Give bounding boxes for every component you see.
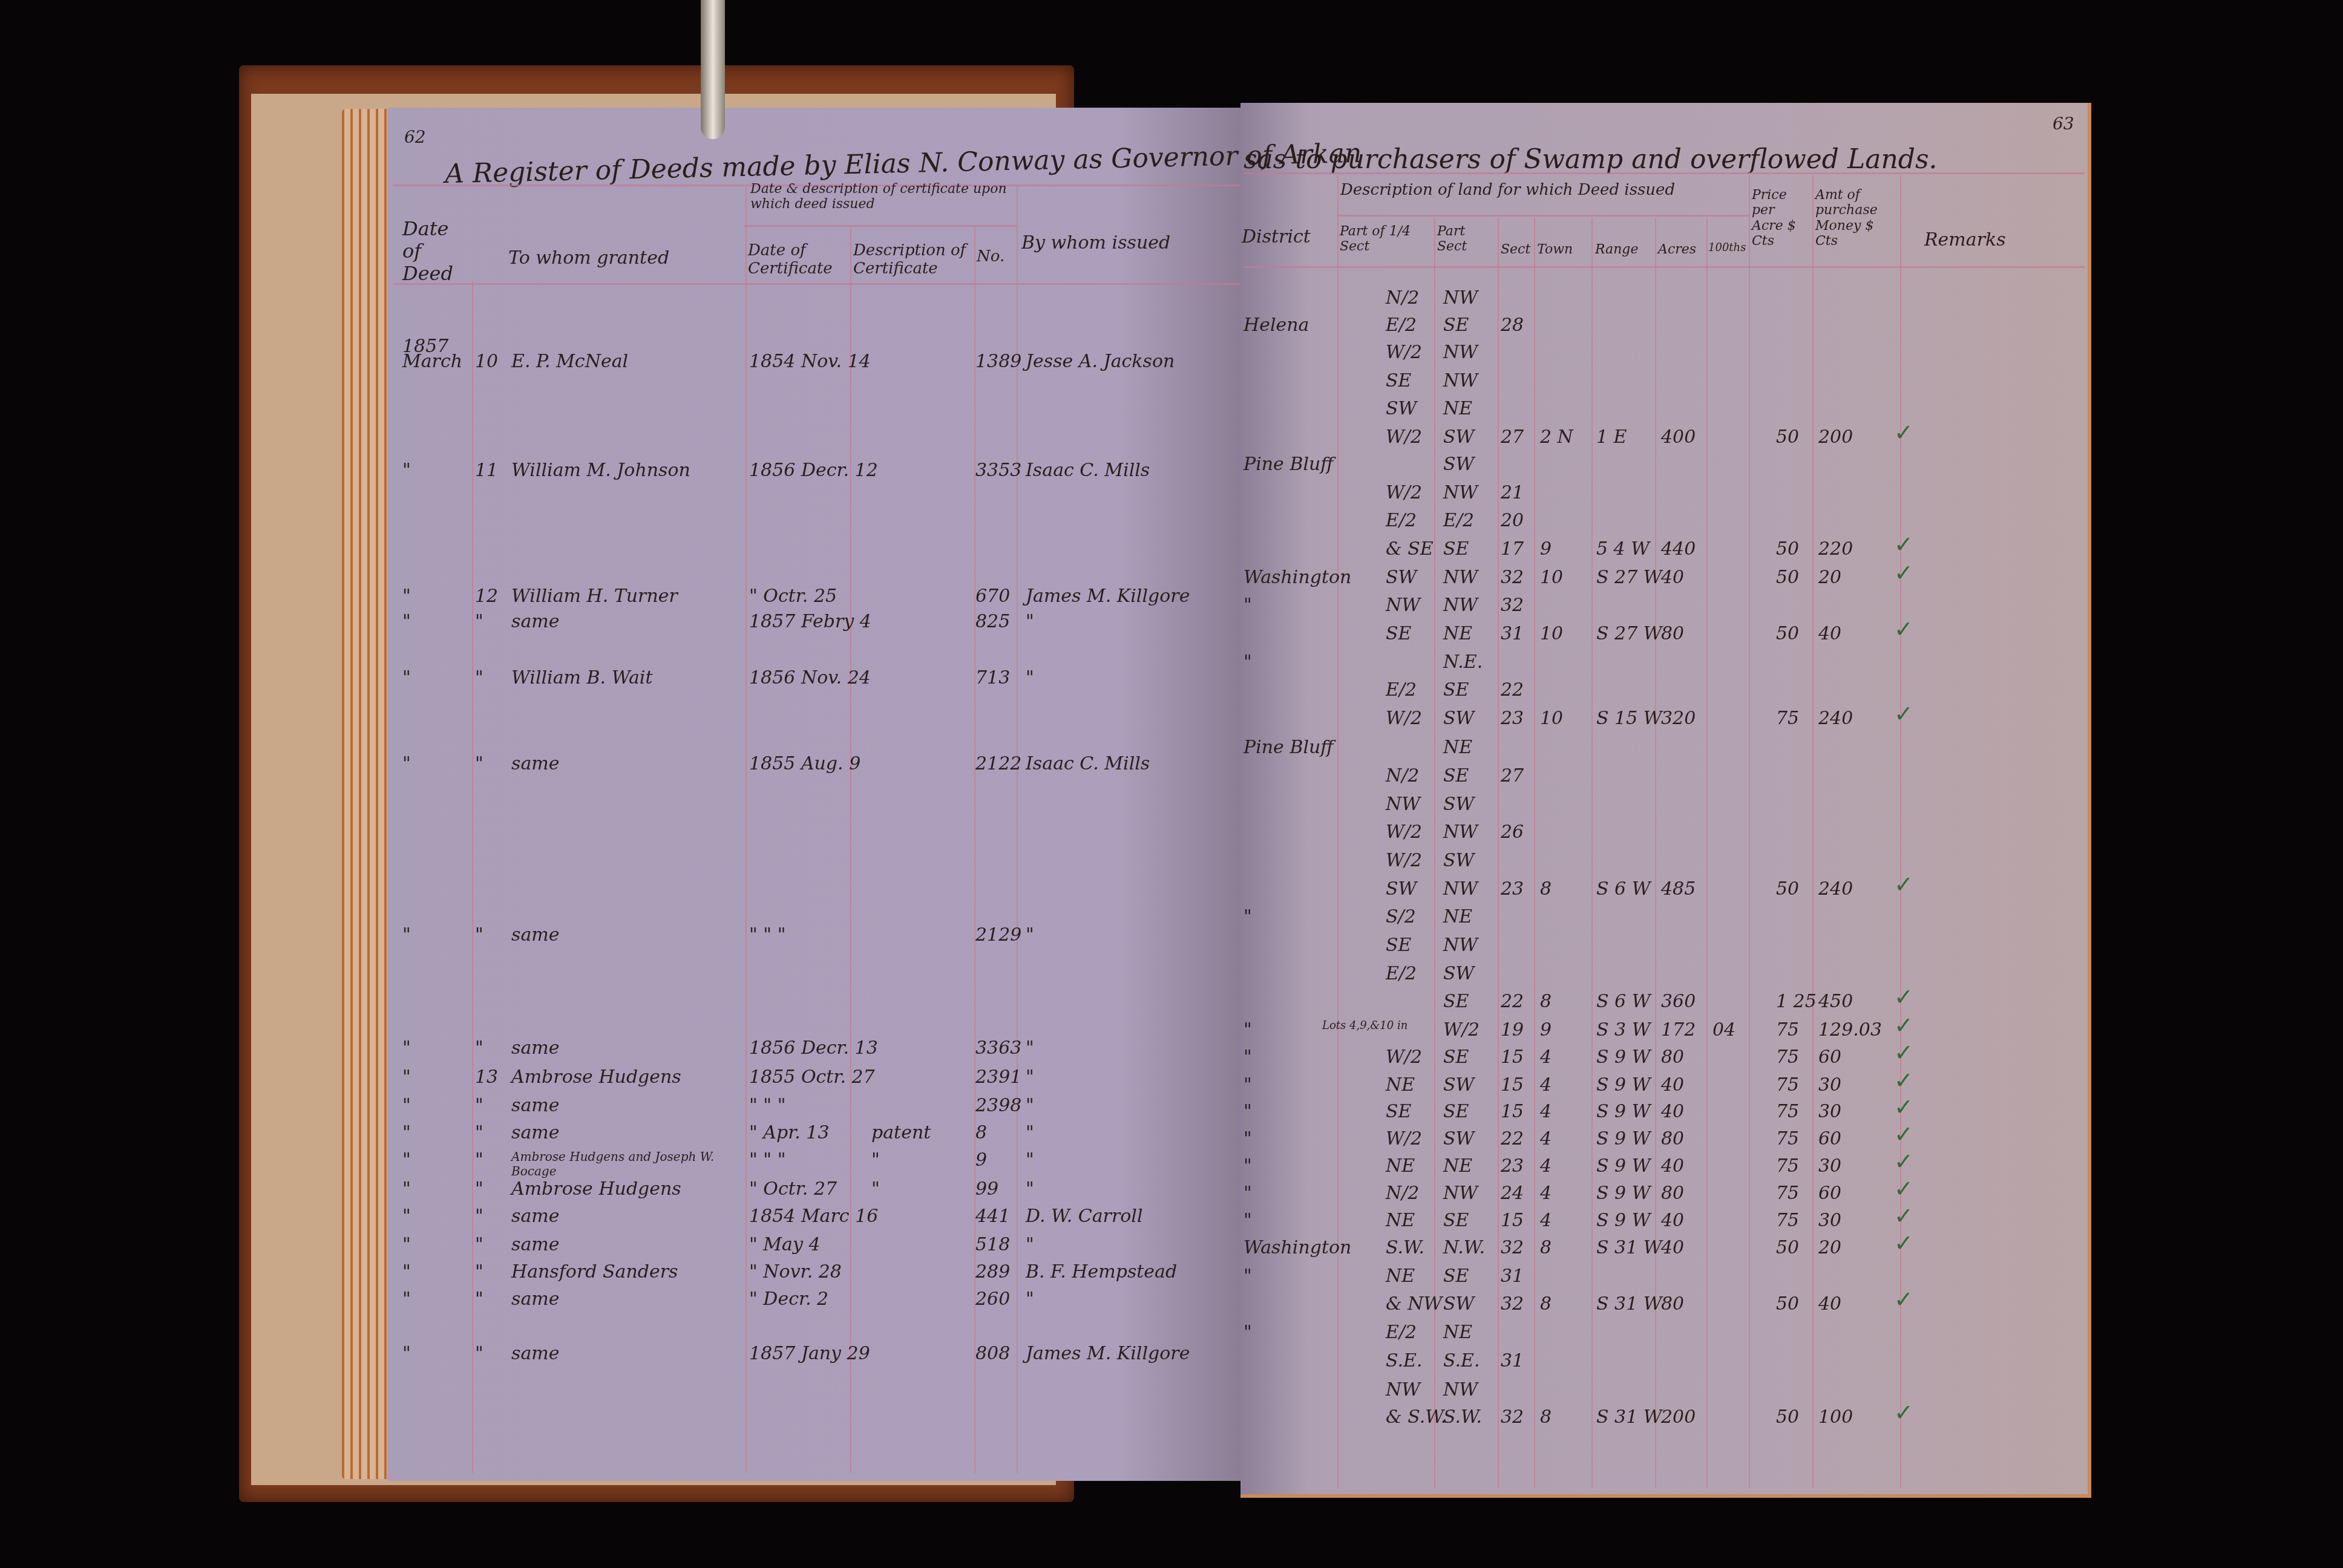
deed-date-day: " (475, 1261, 483, 1282)
certificate-date: 1856 Decr. 12 (749, 460, 878, 481)
deed-date-day: " (475, 1206, 483, 1227)
part-of-quarter-section: NW (1386, 794, 1420, 815)
deed-date-day: " (475, 1234, 483, 1255)
grantee-name: same (511, 1234, 559, 1255)
part-section: SW (1443, 850, 1474, 871)
part-of-quarter-section: W/2 (1386, 342, 1422, 363)
deed-date-month: " (402, 1095, 411, 1116)
deed-date-month: " (402, 1149, 411, 1171)
header-section: Sect (1501, 242, 1530, 257)
part-section: SE (1443, 1210, 1469, 1231)
township: 9 (1540, 538, 1552, 560)
part-of-quarter-section: SW (1386, 878, 1417, 900)
price-per-acre: 50 (1776, 1237, 1799, 1258)
section: 17 (1501, 538, 1524, 560)
part-of-quarter-section: & S.W. (1386, 1406, 1446, 1428)
district: " (1244, 652, 1252, 673)
certificate-date: 1857 Febry 4 (749, 611, 871, 632)
part-section: NE (1443, 623, 1472, 644)
certificate-date: " " " (749, 1149, 785, 1171)
certificate-number: 99 (975, 1178, 998, 1200)
deed-date-month: " (402, 924, 411, 946)
part-section: SW (1443, 708, 1474, 729)
section: 31 (1501, 1350, 1524, 1371)
grantee-name: same (511, 1289, 559, 1310)
section: 23 (1501, 878, 1524, 900)
range: S 9 W (1596, 1210, 1651, 1231)
certificate-date: 1855 Aug. 9 (749, 753, 860, 774)
section: 23 (1501, 1155, 1524, 1177)
deed-date-month: " (402, 1178, 411, 1200)
part-section: NE (1443, 398, 1472, 419)
part-of-quarter-section: NE (1386, 1210, 1415, 1231)
certificate-description: " (871, 1178, 880, 1200)
part-section: S.W. (1443, 1406, 1482, 1428)
district: " (1244, 1101, 1252, 1122)
deed-date-month: " (402, 586, 411, 607)
issuing-officer: Isaac C. Mills (1026, 753, 1150, 774)
ruling-line (744, 225, 1017, 227)
part-section: S.E. (1443, 1350, 1480, 1371)
range: S 31 W (1596, 1406, 1662, 1428)
column-divider (472, 281, 473, 1473)
acres: 80 (1661, 1128, 1684, 1149)
certificate-date: " " " (749, 1095, 785, 1116)
purchase-money: 240 (1818, 878, 1853, 900)
grantee-name: Ambrose Hudgens (511, 1067, 681, 1088)
certificate-date: " Octr. 25 (749, 586, 837, 607)
part-section: NW (1443, 1379, 1478, 1400)
deed-date-month: " (402, 1206, 411, 1227)
deed-date-month: " (402, 611, 411, 632)
checkmark-icon: ✓ (1894, 531, 1913, 558)
purchase-money: 450 (1818, 991, 1853, 1012)
range: S 15 W (1596, 708, 1662, 729)
part-section: NE (1443, 1322, 1472, 1343)
deed-date-day: " (475, 1178, 483, 1200)
acres: 80 (1661, 1047, 1684, 1068)
checkmark-icon: ✓ (1894, 871, 1913, 898)
deed-date-month: " (402, 1343, 411, 1364)
section: 22 (1501, 1128, 1524, 1149)
ruling-line (1244, 266, 2085, 268)
part-section: SW (1443, 963, 1474, 984)
acres: 360 (1661, 991, 1696, 1012)
grantee-name: Ambrose Hudgens (511, 1178, 681, 1200)
certificate-number: 2398 (975, 1095, 1021, 1116)
district: Pine Bluff (1244, 737, 1334, 758)
grantee-name: Hansford Sanders (511, 1261, 678, 1282)
grantee-name: same (511, 1095, 559, 1116)
part-of-quarter-section: W/2 (1386, 426, 1422, 448)
section: 20 (1501, 510, 1524, 531)
part-section: NE (1443, 1155, 1472, 1177)
deed-date-month: " (402, 753, 411, 774)
certificate-number: 8 (975, 1122, 987, 1143)
district: " (1244, 1322, 1252, 1343)
township: 4 (1540, 1210, 1552, 1231)
deed-date-day: " (475, 1122, 483, 1143)
deed-date-day: 13 (475, 1067, 498, 1088)
certificate-number: 1389 (975, 351, 1021, 372)
range: S 31 W (1596, 1293, 1662, 1315)
certificate-number: 808 (975, 1343, 1010, 1364)
part-of-quarter-section: E/2 (1386, 679, 1417, 701)
acres: 320 (1661, 708, 1696, 729)
district: " (1244, 1266, 1252, 1287)
issuing-officer: Isaac C. Mills (1026, 460, 1150, 481)
part-section: NE (1443, 737, 1472, 758)
part-section: SE (1443, 679, 1469, 701)
column-divider (1017, 185, 1018, 1473)
township: 8 (1540, 878, 1552, 900)
part-of-quarter-section: NE (1386, 1155, 1415, 1177)
part-of-quarter-section: W/2 (1386, 708, 1422, 729)
range: S 9 W (1596, 1047, 1651, 1068)
certificate-date: 1857 Jany 29 (749, 1343, 870, 1364)
range: S 27 W (1596, 567, 1662, 588)
township: 9 (1540, 1019, 1552, 1040)
checkmark-icon: ✓ (1894, 984, 1913, 1010)
section: 28 (1501, 315, 1524, 336)
range: S 6 W (1596, 878, 1651, 900)
certificate-number: 2129 (975, 924, 1021, 946)
part-of-quarter-section: & NW (1386, 1293, 1442, 1315)
part-of-quarter-section: SE (1386, 1101, 1411, 1122)
district: " (1244, 1155, 1252, 1177)
page-edges (342, 109, 390, 1479)
township: 4 (1540, 1101, 1552, 1122)
part-of-quarter-section: W/2 (1386, 1047, 1422, 1068)
header-certificate-group: Date & description of certificate upon w… (750, 181, 1017, 212)
issuing-officer: " (1026, 1178, 1034, 1200)
issuing-officer: " (1026, 1067, 1034, 1088)
part-of-quarter-section: N/2 (1386, 287, 1419, 309)
part-of-quarter-section: W/2 (1386, 1128, 1422, 1149)
district: " (1244, 906, 1252, 927)
range: S 27 W (1596, 623, 1662, 644)
certificate-number: 9 (975, 1149, 987, 1171)
column-divider (1498, 218, 1499, 1488)
part-section: SW (1443, 1074, 1474, 1096)
grantee-name: same (511, 924, 559, 946)
checkmark-icon: ✓ (1894, 701, 1913, 727)
right-page-number: 63 (2053, 114, 2074, 134)
part-section: SE (1443, 991, 1469, 1012)
part-section: SE (1443, 765, 1469, 786)
part-section: NW (1443, 370, 1478, 391)
deed-date-month: " (402, 1289, 411, 1310)
column-divider (1706, 218, 1708, 1488)
checkmark-icon: ✓ (1894, 1203, 1913, 1229)
part-section: NW (1443, 1183, 1478, 1204)
price-per-acre: 75 (1776, 1183, 1799, 1204)
part-section: NW (1443, 935, 1478, 956)
section: 22 (1501, 991, 1524, 1012)
purchase-money: 30 (1818, 1155, 1841, 1177)
acres: 40 (1661, 1101, 1684, 1122)
header-number: No. (977, 248, 1004, 266)
part-section: SE (1443, 1266, 1469, 1287)
issuing-officer: " (1026, 667, 1034, 688)
deed-date-day: " (475, 1289, 483, 1310)
township: 10 (1540, 567, 1563, 588)
price-per-acre: 50 (1776, 538, 1799, 560)
price-per-acre: 50 (1776, 878, 1799, 900)
part-of-quarter-section: W/2 (1386, 482, 1422, 503)
certificate-date: " Octr. 27 (749, 1178, 837, 1200)
part-section: NW (1443, 595, 1478, 616)
column-divider (745, 188, 747, 1473)
left-page-number: 62 (404, 127, 426, 147)
header-town: Town (1537, 242, 1573, 257)
deed-date-day: " (475, 1037, 483, 1059)
certificate-number: 260 (975, 1289, 1010, 1310)
part-section: NW (1443, 567, 1478, 588)
column-divider (1534, 218, 1535, 1488)
part-of-quarter-section: S/2 (1386, 906, 1416, 927)
acres: 485 (1661, 878, 1696, 900)
checkmark-icon: ✓ (1894, 1094, 1913, 1120)
section: 26 (1501, 822, 1524, 843)
part-section: NW (1443, 342, 1478, 363)
acres: 40 (1661, 1210, 1684, 1231)
part-section: NW (1443, 822, 1478, 843)
part-of-quarter-section: N/2 (1386, 765, 1419, 786)
checkmark-icon: ✓ (1894, 1286, 1913, 1313)
purchase-money: 240 (1818, 708, 1853, 729)
deed-date-month: " (402, 1261, 411, 1282)
price-per-acre: 75 (1776, 1101, 1799, 1122)
section: 22 (1501, 679, 1524, 701)
checkmark-icon: ✓ (1894, 560, 1913, 586)
acres: 440 (1661, 538, 1696, 560)
certificate-date: " May 4 (749, 1234, 821, 1255)
checkmark-icon: ✓ (1894, 1067, 1913, 1094)
part-of-quarter-section: Lots 4,9,&10 in (1322, 1019, 1407, 1032)
range: S 9 W (1596, 1074, 1651, 1096)
deed-date-month: " (402, 1234, 411, 1255)
header-land-group: Description of land for which Deed issue… (1340, 181, 1746, 200)
part-of-quarter-section: E/2 (1386, 963, 1417, 984)
certificate-number: 713 (975, 667, 1010, 688)
section: 24 (1501, 1183, 1524, 1204)
header-by-whom-issued: By whom issued (1021, 233, 1221, 254)
section: 31 (1501, 1266, 1524, 1287)
column-divider (974, 227, 975, 1473)
purchase-money: 20 (1818, 1237, 1841, 1258)
part-of-quarter-section: NW (1386, 1379, 1420, 1400)
header-part-of-quarter-section: Part of 1/4 Sect (1340, 224, 1430, 255)
part-of-quarter-section: E/2 (1386, 1322, 1417, 1343)
grantee-name: same (511, 611, 559, 632)
issuing-officer: James M. Killgore (1026, 586, 1190, 607)
acres: 400 (1661, 426, 1696, 448)
section: 32 (1501, 567, 1524, 588)
purchase-money: 60 (1818, 1183, 1841, 1204)
acres: 40 (1661, 1237, 1684, 1258)
part-section: SE (1443, 1101, 1469, 1122)
price-per-acre: 50 (1776, 426, 1799, 448)
certificate-date: 1854 Nov. 14 (749, 351, 871, 372)
part-of-quarter-section: SW (1386, 567, 1417, 588)
header-to-whom-granted: To whom granted (508, 248, 669, 269)
deed-date-day: " (475, 1095, 483, 1116)
part-section: SW (1443, 1128, 1474, 1149)
district: Helena (1244, 315, 1309, 336)
range: S 3 W (1596, 1019, 1651, 1040)
part-of-quarter-section: E/2 (1386, 510, 1417, 531)
part-section: N.E. (1443, 652, 1483, 673)
header-acres: Acres (1658, 242, 1696, 257)
range: S 9 W (1596, 1128, 1651, 1149)
part-of-quarter-section: & SE (1386, 538, 1434, 560)
section: 23 (1501, 708, 1524, 729)
part-section: NW (1443, 287, 1478, 309)
part-section: SE (1443, 315, 1469, 336)
district: " (1244, 1074, 1252, 1096)
purchase-money: 220 (1818, 538, 1853, 560)
checkmark-icon: ✓ (1894, 419, 1913, 446)
price-per-acre: 75 (1776, 708, 1799, 729)
certificate-date: 1854 Marc 16 (749, 1206, 878, 1227)
district: " (1244, 1210, 1252, 1231)
district: " (1244, 1047, 1252, 1068)
grantee-name: same (511, 1343, 559, 1364)
purchase-money: 100 (1818, 1406, 1853, 1428)
header-price-per-acre: Price per Acre $ Cts (1752, 188, 1809, 249)
part-of-quarter-section: NW (1386, 595, 1420, 616)
section: 32 (1501, 1237, 1524, 1258)
deed-date-day: " (475, 1343, 483, 1364)
checkmark-icon: ✓ (1894, 1121, 1913, 1148)
certificate-date: 1855 Octr. 27 (749, 1067, 875, 1088)
acres: 80 (1661, 623, 1684, 644)
range: 5 4 W (1596, 538, 1650, 560)
price-per-acre: 50 (1776, 567, 1799, 588)
price-per-acre: 75 (1776, 1047, 1799, 1068)
column-divider (1591, 218, 1593, 1488)
certificate-number: 3363 (975, 1037, 1021, 1059)
bookmark-clip (701, 0, 725, 139)
purchase-money: 30 (1818, 1101, 1841, 1122)
certificate-date: " Decr. 2 (749, 1289, 828, 1310)
certificate-number: 3353 (975, 460, 1021, 481)
range: S 9 W (1596, 1155, 1651, 1177)
grantee-name: E. P. McNeal (511, 351, 628, 372)
township: 8 (1540, 1237, 1552, 1258)
price-per-acre: 75 (1776, 1074, 1799, 1096)
part-of-quarter-section: SE (1386, 623, 1411, 644)
purchase-money: 30 (1818, 1210, 1841, 1231)
acres: 40 (1661, 1155, 1684, 1177)
section: 27 (1501, 765, 1524, 786)
certificate-date: " Apr. 13 (749, 1122, 830, 1143)
issuing-officer: B. F. Hempstead (1026, 1261, 1177, 1282)
deed-date-month: " (402, 460, 411, 481)
part-section: NW (1443, 878, 1478, 900)
section: 32 (1501, 1406, 1524, 1428)
checkmark-icon: ✓ (1894, 1148, 1913, 1175)
certificate-date: 1856 Decr. 13 (749, 1037, 878, 1059)
price-per-acre: 50 (1776, 1406, 1799, 1428)
price-per-acre: 75 (1776, 1019, 1799, 1040)
issuing-officer: " (1026, 924, 1034, 946)
district: Washington (1244, 1237, 1351, 1258)
range: S 31 W (1596, 1237, 1662, 1258)
district: Washington (1244, 567, 1351, 588)
part-of-quarter-section: SW (1386, 398, 1417, 419)
grantee-name: Ambrose Hudgens and Joseph W. Bocage (511, 1149, 753, 1178)
price-per-acre: 50 (1776, 623, 1799, 644)
district: " (1244, 1183, 1252, 1204)
section: 21 (1501, 482, 1524, 503)
part-of-quarter-section: NE (1386, 1074, 1415, 1096)
range: 1 E (1596, 426, 1627, 448)
checkmark-icon: ✓ (1894, 1230, 1913, 1256)
right-page (1240, 103, 2091, 1498)
part-section: SW (1443, 1293, 1474, 1315)
header-description-of-certificate: Description of Certificate (853, 242, 971, 278)
column-divider (1337, 175, 1339, 1488)
section: 15 (1501, 1047, 1524, 1068)
price-per-acre: 75 (1776, 1210, 1799, 1231)
deed-date-day: 12 (475, 586, 498, 607)
header-date-of-deed: Date of Deed (402, 218, 469, 284)
section: 19 (1501, 1019, 1524, 1040)
section: 32 (1501, 595, 1524, 616)
part-section: SE (1443, 1047, 1469, 1068)
purchase-money: 60 (1818, 1047, 1841, 1068)
issuing-officer: " (1026, 1149, 1034, 1171)
certificate-number: 441 (975, 1206, 1010, 1227)
issuing-officer: " (1026, 1234, 1034, 1255)
certificate-description: patent (871, 1122, 931, 1143)
grantee-name: same (511, 753, 559, 774)
column-divider (1812, 175, 1814, 1488)
checkmark-icon: ✓ (1894, 1399, 1913, 1426)
certificate-number: 825 (975, 611, 1010, 632)
range: S 9 W (1596, 1183, 1651, 1204)
section: 15 (1501, 1101, 1524, 1122)
deed-date-day: " (475, 924, 483, 946)
deed-date-day: " (475, 667, 483, 688)
issuing-officer: James M. Killgore (1026, 1343, 1190, 1364)
price-per-acre: 50 (1776, 1293, 1799, 1315)
header-district: District (1242, 227, 1311, 248)
acres: 80 (1661, 1293, 1684, 1315)
ruling-line (393, 283, 1240, 285)
purchase-money: 40 (1818, 623, 1841, 644)
header-part-section: Part Sect (1437, 224, 1495, 255)
ruling-line (1244, 172, 2085, 174)
part-section: W/2 (1443, 1019, 1480, 1040)
header-date-of-certificate: Date of Certificate (748, 242, 848, 278)
grantee-name: same (511, 1122, 559, 1143)
acres-hundredths: 04 (1712, 1019, 1735, 1040)
certificate-number: 289 (975, 1261, 1010, 1282)
part-of-quarter-section: W/2 (1386, 822, 1422, 843)
issuing-officer: " (1026, 1095, 1034, 1116)
section: 15 (1501, 1074, 1524, 1096)
price-per-acre: 75 (1776, 1128, 1799, 1149)
header-hundredths: 100ths (1708, 242, 1746, 255)
township: 4 (1540, 1155, 1552, 1177)
certificate-description: " (871, 1149, 880, 1171)
deed-date-day: 10 (475, 351, 498, 372)
part-of-quarter-section: S.W. (1386, 1237, 1424, 1258)
ruling-line (1337, 215, 1749, 217)
